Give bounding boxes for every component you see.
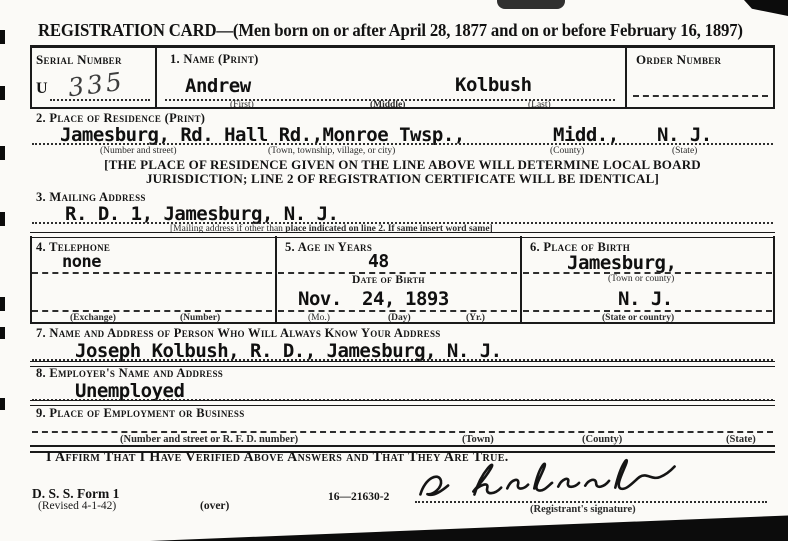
row1-border-left xyxy=(30,48,32,107)
dob-label: Date of Birth xyxy=(352,274,425,286)
scan-artifact-left-6 xyxy=(0,327,5,339)
order-number-label: Order Number xyxy=(636,52,721,68)
employment-town-caption: (Town) xyxy=(462,434,494,445)
dob-year-value: 1893 xyxy=(405,288,449,310)
residence-town-caption: (Town, township, village, or city) xyxy=(268,146,395,156)
contact-label: 7. Name and Address of Person Who Will A… xyxy=(36,326,441,341)
residence-state-caption: (State) xyxy=(672,146,697,156)
employment-fill-line xyxy=(32,430,773,433)
age-label: 5. Age in Years xyxy=(285,240,372,255)
section3-separator xyxy=(30,232,775,238)
scan-artifact-left-5 xyxy=(0,297,5,311)
dob-month-value: Nov. xyxy=(298,288,342,310)
order-number-fill-line xyxy=(633,94,768,97)
signature-fill-line xyxy=(415,500,767,503)
dob-fill-line xyxy=(278,309,517,312)
serial-prefix: U xyxy=(36,80,48,98)
header-rule xyxy=(30,45,775,48)
row1-bottom-rule xyxy=(30,107,775,109)
card-title: REGISTRATION CARD—(Men born on or after … xyxy=(38,20,743,41)
dob-day-value: 24, xyxy=(362,288,395,310)
scan-artifact-bottom-wedge xyxy=(150,512,788,541)
row456-border-right xyxy=(773,236,775,322)
residence-street-caption: (Number and street) xyxy=(100,146,177,156)
employment-street-caption: (Number and street or R. F. D. number) xyxy=(120,434,298,445)
scan-artifact-left-4 xyxy=(0,212,5,226)
scan-artifact-left-7 xyxy=(0,398,5,410)
name-first-value: Andrew xyxy=(185,75,251,97)
serial-number-label: Serial Number xyxy=(36,52,122,68)
name-last-value: Kolbush xyxy=(455,74,532,96)
scan-artifact-left-3 xyxy=(0,146,5,160)
over-note: (over) xyxy=(200,500,229,512)
age-value: 48 xyxy=(368,251,389,272)
telephone-fill-line2 xyxy=(32,309,272,312)
residence-county-caption: (County) xyxy=(550,146,584,156)
scan-artifact-top-right xyxy=(744,0,788,16)
scan-artifact-left-1 xyxy=(0,30,5,44)
employer-label: 8. Employer's Name and Address xyxy=(36,366,223,381)
form-revision: (Revised 4-1-42) xyxy=(38,500,116,512)
row1-divider-name-order xyxy=(625,48,627,107)
telephone-value: none xyxy=(62,252,101,272)
residence-fill-line xyxy=(32,142,773,145)
birth-state-value: N. J. xyxy=(618,288,673,310)
employment-state-caption: (State) xyxy=(726,434,756,445)
row1-border-right xyxy=(773,48,775,107)
signature-caption: (Registrant's signature) xyxy=(530,504,636,515)
local-board-notice-line2: JURISDICTION; LINE 2 OF REGISTRATION CER… xyxy=(30,171,775,187)
birth-town-caption: (Town or county) xyxy=(608,274,674,284)
divider-age-birth xyxy=(520,236,522,322)
row456-bottom-rule xyxy=(30,322,775,324)
scan-artifact-top-blob xyxy=(497,0,565,9)
name-label: 1. Name (Print) xyxy=(170,52,259,67)
serial-number-handwritten: 335 xyxy=(66,67,126,103)
print-code: 16—21630-2 xyxy=(328,491,389,503)
telephone-fill-line xyxy=(32,271,272,274)
birth-state-fill-line xyxy=(523,309,772,312)
row1-divider-serial-name xyxy=(155,48,157,107)
employment-county-caption: (County) xyxy=(582,434,622,445)
employment-label: 9. Place of Employment or Business xyxy=(36,406,245,421)
divider-telephone-age xyxy=(275,236,277,322)
draft-registration-card-scan: REGISTRATION CARD—(Men born on or after … xyxy=(0,0,788,541)
scan-artifact-left-2 xyxy=(0,86,5,100)
